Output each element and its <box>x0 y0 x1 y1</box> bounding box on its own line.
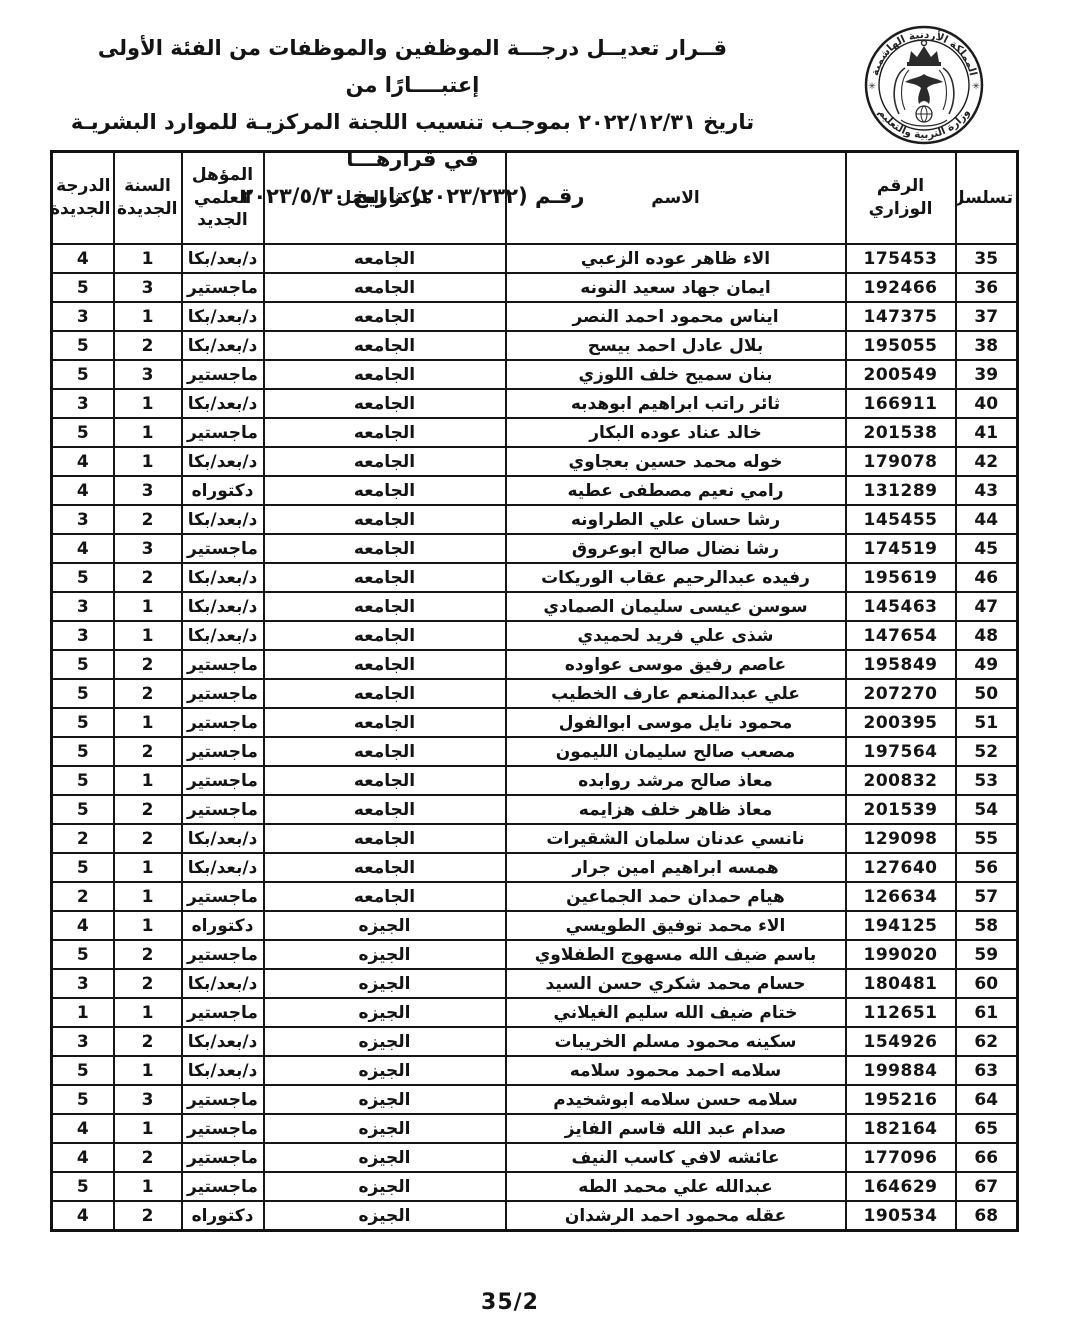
table-row: 36 192466 ايمان جهاد سعيد النونه الجامعه… <box>52 273 1018 302</box>
table-row: 60 180481 حسام محمد شكري حسن السيد الجيز… <box>52 969 1018 998</box>
cell-new-year: 2 <box>114 331 182 360</box>
cell-new-grade: 5 <box>52 940 114 969</box>
cell-new-grade: 5 <box>52 1056 114 1085</box>
cell-qualification: د/بعد/بكا <box>182 331 264 360</box>
cell-qualification: د/بعد/بكا <box>182 1027 264 1056</box>
cell-new-year: 3 <box>114 1085 182 1114</box>
cell-name: ختام ضيف الله سليم الغيلاني <box>506 998 846 1027</box>
col-header-new-qualification: المؤهل العلمي الجديد <box>182 152 264 245</box>
decision-title-line-1: قــرار تعديــل درجـــة الموظفين والموظفا… <box>55 30 770 104</box>
cell-name: باسم ضيف الله مسهوج الطفلاوي <box>506 940 846 969</box>
cell-name: معاذ ظاهر خلف هزايمه <box>506 795 846 824</box>
cell-serial: 49 <box>956 650 1018 679</box>
cell-new-grade: 5 <box>52 737 114 766</box>
cell-work-center: الجامعه <box>264 621 506 650</box>
cell-qualification: د/بعد/بكا <box>182 447 264 476</box>
svg-text:وزارة التربية والتعليم: وزارة التربية والتعليم <box>876 107 973 141</box>
cell-name: مصعب صالح سليمان الليمون <box>506 737 846 766</box>
cell-work-center: الجامعه <box>264 737 506 766</box>
cell-qualification: ماجستير <box>182 534 264 563</box>
cell-new-grade: 5 <box>52 273 114 302</box>
table-row: 41 201538 خالد عناد عوده البكار الجامعه … <box>52 418 1018 447</box>
cell-new-grade: 5 <box>52 418 114 447</box>
cell-new-year: 3 <box>114 360 182 389</box>
cell-qualification: د/بعد/بكا <box>182 389 264 418</box>
cell-work-center: الجيزه <box>264 911 506 940</box>
cell-serial: 58 <box>956 911 1018 940</box>
cell-qualification: ماجستير <box>182 795 264 824</box>
cell-new-year: 1 <box>114 389 182 418</box>
cell-qualification: دكتوراه <box>182 476 264 505</box>
cell-new-year: 1 <box>114 708 182 737</box>
cell-serial: 52 <box>956 737 1018 766</box>
cell-work-center: الجامعه <box>264 534 506 563</box>
cell-serial: 56 <box>956 853 1018 882</box>
cell-new-year: 1 <box>114 998 182 1027</box>
cell-ministry-number: 129098 <box>846 824 956 853</box>
cell-serial: 54 <box>956 795 1018 824</box>
cell-ministry-number: 207270 <box>846 679 956 708</box>
cell-name: بلال عادل احمد بيسح <box>506 331 846 360</box>
cell-new-grade: 5 <box>52 563 114 592</box>
cell-name: سلامه حسن سلامه ابوشخيدم <box>506 1085 846 1114</box>
cell-new-year: 3 <box>114 273 182 302</box>
cell-serial: 35 <box>956 244 1018 273</box>
cell-new-grade: 2 <box>52 882 114 911</box>
cell-new-year: 2 <box>114 505 182 534</box>
cell-ministry-number: 199884 <box>846 1056 956 1085</box>
cell-serial: 36 <box>956 273 1018 302</box>
cell-serial: 46 <box>956 563 1018 592</box>
coat-of-arms-icon: المملكة الأردنية الهاشمية وزارة التربية … <box>845 18 1003 152</box>
cell-new-year: 2 <box>114 940 182 969</box>
cell-work-center: الجيزه <box>264 1172 506 1201</box>
cell-ministry-number: 112651 <box>846 998 956 1027</box>
cell-serial: 67 <box>956 1172 1018 1201</box>
cell-new-grade: 5 <box>52 795 114 824</box>
cell-new-grade: 3 <box>52 592 114 621</box>
cell-name: معاذ صالح مرشد روابده <box>506 766 846 795</box>
cell-work-center: الجامعه <box>264 563 506 592</box>
cell-new-year: 1 <box>114 853 182 882</box>
cell-name: عائشه لافي كاسب النيف <box>506 1143 846 1172</box>
cell-ministry-number: 200395 <box>846 708 956 737</box>
cell-new-grade: 5 <box>52 679 114 708</box>
cell-work-center: الجامعه <box>264 882 506 911</box>
cell-ministry-number: 154926 <box>846 1027 956 1056</box>
cell-new-grade: 3 <box>52 969 114 998</box>
table-row: 55 129098 نانسي عدنان سلمان الشقيرات الج… <box>52 824 1018 853</box>
cell-serial: 38 <box>956 331 1018 360</box>
cell-work-center: الجامعه <box>264 273 506 302</box>
page-number: 35/2 <box>0 1290 1020 1315</box>
cell-serial: 47 <box>956 592 1018 621</box>
cell-ministry-number: 147375 <box>846 302 956 331</box>
cell-serial: 61 <box>956 998 1018 1027</box>
cell-serial: 63 <box>956 1056 1018 1085</box>
table-header-row: تسلسل الرقم الوزاري الاسم مركز العمل الم… <box>52 152 1018 245</box>
cell-work-center: الجامعه <box>264 476 506 505</box>
cell-new-year: 3 <box>114 534 182 563</box>
table-row: 62 154926 سكينه محمود مسلم الخريبات الجي… <box>52 1027 1018 1056</box>
cell-ministry-number: 147654 <box>846 621 956 650</box>
cell-new-grade: 5 <box>52 1172 114 1201</box>
cell-ministry-number: 195216 <box>846 1085 956 1114</box>
cell-ministry-number: 201538 <box>846 418 956 447</box>
cell-work-center: الجيزه <box>264 1143 506 1172</box>
cell-work-center: الجيزه <box>264 1056 506 1085</box>
table-row: 49 195849 عاصم رفيق موسى عواوده الجامعه … <box>52 650 1018 679</box>
cell-name: الاء ظاهر عوده الزعبي <box>506 244 846 273</box>
cell-work-center: الجامعه <box>264 853 506 882</box>
cell-new-year: 1 <box>114 1114 182 1143</box>
cell-new-year: 2 <box>114 1201 182 1231</box>
cell-new-grade: 2 <box>52 824 114 853</box>
cell-work-center: الجيزه <box>264 969 506 998</box>
cell-serial: 45 <box>956 534 1018 563</box>
table-row: 50 207270 علي عبدالمنعم عارف الخطيب الجا… <box>52 679 1018 708</box>
cell-name: هيام حمدان حمد الجماعين <box>506 882 846 911</box>
table-row: 56 127640 همسه ابراهيم امين جرار الجامعه… <box>52 853 1018 882</box>
cell-qualification: دكتوراه <box>182 911 264 940</box>
cell-qualification: ماجستير <box>182 1143 264 1172</box>
cell-new-year: 2 <box>114 679 182 708</box>
table-row: 35 175453 الاء ظاهر عوده الزعبي الجامعه … <box>52 244 1018 273</box>
cell-qualification: دكتوراه <box>182 1201 264 1231</box>
cell-qualification: ماجستير <box>182 650 264 679</box>
cell-ministry-number: 131289 <box>846 476 956 505</box>
cell-name: الاء محمد توفيق الطويسي <box>506 911 846 940</box>
cell-work-center: الجيزه <box>264 1027 506 1056</box>
cell-serial: 57 <box>956 882 1018 911</box>
cell-serial: 62 <box>956 1027 1018 1056</box>
cell-ministry-number: 145463 <box>846 592 956 621</box>
cell-name: بنان سميح خلف اللوزي <box>506 360 846 389</box>
col-header-work-center: مركز العمل <box>264 152 506 245</box>
cell-name: عبدالله علي محمد الطه <box>506 1172 846 1201</box>
cell-serial: 40 <box>956 389 1018 418</box>
cell-serial: 66 <box>956 1143 1018 1172</box>
cell-name: ايناس محمود احمد النصر <box>506 302 846 331</box>
cell-qualification: ماجستير <box>182 360 264 389</box>
cell-work-center: الجامعه <box>264 795 506 824</box>
cell-work-center: الجيزه <box>264 998 506 1027</box>
col-header-new-grade: الدرجة الجديدة <box>52 152 114 245</box>
cell-work-center: الجامعه <box>264 302 506 331</box>
cell-name: سلامه احمد محمود سلامه <box>506 1056 846 1085</box>
cell-ministry-number: 164629 <box>846 1172 956 1201</box>
cell-name: شذى علي فريد لحميدي <box>506 621 846 650</box>
cell-name: خالد عناد عوده البكار <box>506 418 846 447</box>
cell-new-year: 2 <box>114 737 182 766</box>
cell-name: سوسن عيسى سليمان الصمادي <box>506 592 846 621</box>
cell-new-year: 1 <box>114 418 182 447</box>
cell-new-year: 1 <box>114 592 182 621</box>
table-row: 61 112651 ختام ضيف الله سليم الغيلاني ال… <box>52 998 1018 1027</box>
cell-serial: 59 <box>956 940 1018 969</box>
cell-new-year: 2 <box>114 969 182 998</box>
cell-qualification: ماجستير <box>182 940 264 969</box>
table-row: 63 199884 سلامه احمد محمود سلامه الجيزه … <box>52 1056 1018 1085</box>
cell-qualification: ماجستير <box>182 1085 264 1114</box>
cell-work-center: الجامعه <box>264 244 506 273</box>
cell-new-year: 2 <box>114 1027 182 1056</box>
cell-work-center: الجامعه <box>264 418 506 447</box>
cell-qualification: د/بعد/بكا <box>182 563 264 592</box>
cell-ministry-number: 177096 <box>846 1143 956 1172</box>
cell-name: سكينه محمود مسلم الخريبات <box>506 1027 846 1056</box>
cell-work-center: الجامعه <box>264 360 506 389</box>
cell-work-center: الجامعه <box>264 389 506 418</box>
cell-new-grade: 5 <box>52 853 114 882</box>
cell-new-year: 2 <box>114 650 182 679</box>
cell-new-grade: 5 <box>52 708 114 737</box>
cell-name: عقله محمود احمد الرشدان <box>506 1201 846 1231</box>
cell-name: حسام محمد شكري حسن السيد <box>506 969 846 998</box>
cell-work-center: الجامعه <box>264 650 506 679</box>
col-header-new-year: السنة الجديدة <box>114 152 182 245</box>
cell-qualification: د/بعد/بكا <box>182 302 264 331</box>
cell-new-grade: 1 <box>52 998 114 1027</box>
table-row: 53 200832 معاذ صالح مرشد روابده الجامعه … <box>52 766 1018 795</box>
table-row: 40 166911 ثائر راتب ابراهيم ابوهدبه الجا… <box>52 389 1018 418</box>
cell-ministry-number: 195849 <box>846 650 956 679</box>
cell-qualification: د/بعد/بكا <box>182 505 264 534</box>
cell-qualification: ماجستير <box>182 1172 264 1201</box>
cell-serial: 41 <box>956 418 1018 447</box>
cell-name: عاصم رفيق موسى عواوده <box>506 650 846 679</box>
cell-new-year: 1 <box>114 1056 182 1085</box>
cell-ministry-number: 166911 <box>846 389 956 418</box>
cell-qualification: ماجستير <box>182 679 264 708</box>
table-row: 45 174519 رشا نضال صالح ابوعروق الجامعه … <box>52 534 1018 563</box>
cell-name: رامي نعيم مصطفى عطيه <box>506 476 846 505</box>
cell-new-year: 2 <box>114 563 182 592</box>
table-row: 52 197564 مصعب صالح سليمان الليمون الجام… <box>52 737 1018 766</box>
cell-new-year: 1 <box>114 1172 182 1201</box>
cell-ministry-number: 127640 <box>846 853 956 882</box>
cell-name: علي عبدالمنعم عارف الخطيب <box>506 679 846 708</box>
cell-work-center: الجيزه <box>264 1085 506 1114</box>
col-header-serial: تسلسل <box>956 152 1018 245</box>
cell-serial: 65 <box>956 1114 1018 1143</box>
cell-qualification: ماجستير <box>182 1114 264 1143</box>
cell-qualification: د/بعد/بكا <box>182 853 264 882</box>
seal-bottom-text: وزارة التربية والتعليم <box>876 107 973 141</box>
table-row: 46 195619 رفيده عبدالرحيم عقاب الوريكات … <box>52 563 1018 592</box>
cell-serial: 50 <box>956 679 1018 708</box>
table-row: 39 200549 بنان سميح خلف اللوزي الجامعه م… <box>52 360 1018 389</box>
cell-ministry-number: 199020 <box>846 940 956 969</box>
table-row: 57 126634 هيام حمدان حمد الجماعين الجامع… <box>52 882 1018 911</box>
cell-work-center: الجامعه <box>264 505 506 534</box>
cell-work-center: الجيزه <box>264 1201 506 1231</box>
cell-ministry-number: 175453 <box>846 244 956 273</box>
cell-new-year: 1 <box>114 882 182 911</box>
cell-new-grade: 4 <box>52 1143 114 1172</box>
table-row: 37 147375 ايناس محمود احمد النصر الجامعه… <box>52 302 1018 331</box>
table-row: 65 182164 صدام عبد الله قاسم الفايز الجي… <box>52 1114 1018 1143</box>
cell-qualification: ماجستير <box>182 998 264 1027</box>
cell-name: نانسي عدنان سلمان الشقيرات <box>506 824 846 853</box>
cell-new-grade: 5 <box>52 766 114 795</box>
cell-name: رفيده عبدالرحيم عقاب الوريكات <box>506 563 846 592</box>
cell-serial: 64 <box>956 1085 1018 1114</box>
cell-new-grade: 3 <box>52 302 114 331</box>
cell-serial: 53 <box>956 766 1018 795</box>
cell-new-grade: 4 <box>52 1114 114 1143</box>
cell-qualification: ماجستير <box>182 708 264 737</box>
cell-new-grade: 3 <box>52 505 114 534</box>
cell-qualification: ماجستير <box>182 737 264 766</box>
cell-work-center: الجيزه <box>264 1114 506 1143</box>
cell-new-year: 2 <box>114 1143 182 1172</box>
cell-ministry-number: 197564 <box>846 737 956 766</box>
cell-serial: 43 <box>956 476 1018 505</box>
cell-serial: 37 <box>956 302 1018 331</box>
scanned-decision-document: قــرار تعديــل درجـــة الموظفين والموظفا… <box>0 0 1080 1342</box>
table-row: 43 131289 رامي نعيم مصطفى عطيه الجامعه د… <box>52 476 1018 505</box>
table-row: 44 145455 رشا حسان علي الطراونه الجامعه … <box>52 505 1018 534</box>
cell-name: محمود نايل موسى ابوالفول <box>506 708 846 737</box>
cell-qualification: ماجستير <box>182 418 264 447</box>
cell-work-center: الجامعه <box>264 766 506 795</box>
cell-new-grade: 5 <box>52 331 114 360</box>
cell-ministry-number: 179078 <box>846 447 956 476</box>
cell-ministry-number: 195055 <box>846 331 956 360</box>
table-row: 59 199020 باسم ضيف الله مسهوج الطفلاوي ا… <box>52 940 1018 969</box>
cell-ministry-number: 182164 <box>846 1114 956 1143</box>
cell-ministry-number: 190534 <box>846 1201 956 1231</box>
seal-star-left: ✳ <box>868 82 876 92</box>
cell-qualification: د/بعد/بكا <box>182 969 264 998</box>
cell-name: خوله محمد حسين بعجاوي <box>506 447 846 476</box>
cell-name: رشا حسان علي الطراونه <box>506 505 846 534</box>
cell-ministry-number: 200832 <box>846 766 956 795</box>
cell-serial: 42 <box>956 447 1018 476</box>
cell-qualification: د/بعد/بكا <box>182 1056 264 1085</box>
table-row: 38 195055 بلال عادل احمد بيسح الجامعه د/… <box>52 331 1018 360</box>
cell-serial: 39 <box>956 360 1018 389</box>
cell-qualification: د/بعد/بكا <box>182 592 264 621</box>
cell-ministry-number: 201539 <box>846 795 956 824</box>
table-row: 67 164629 عبدالله علي محمد الطه الجيزه م… <box>52 1172 1018 1201</box>
cell-work-center: الجامعه <box>264 824 506 853</box>
table-row: 48 147654 شذى علي فريد لحميدي الجامعه د/… <box>52 621 1018 650</box>
cell-new-grade: 5 <box>52 360 114 389</box>
table-row: 68 190534 عقله محمود احمد الرشدان الجيزه… <box>52 1201 1018 1231</box>
cell-ministry-number: 126634 <box>846 882 956 911</box>
cell-ministry-number: 194125 <box>846 911 956 940</box>
cell-new-grade: 4 <box>52 244 114 273</box>
cell-new-year: 3 <box>114 476 182 505</box>
cell-qualification: د/بعد/بكا <box>182 824 264 853</box>
records-table-body: 35 175453 الاء ظاهر عوده الزعبي الجامعه … <box>52 244 1018 1231</box>
cell-work-center: الجامعه <box>264 679 506 708</box>
cell-new-grade: 4 <box>52 911 114 940</box>
table-row: 51 200395 محمود نايل موسى ابوالفول الجام… <box>52 708 1018 737</box>
col-header-name: الاسم <box>506 152 846 245</box>
cell-qualification: ماجستير <box>182 273 264 302</box>
cell-qualification: د/بعد/بكا <box>182 621 264 650</box>
cell-serial: 60 <box>956 969 1018 998</box>
col-header-ministry-number: الرقم الوزاري <box>846 152 956 245</box>
table-row: 54 201539 معاذ ظاهر خلف هزايمه الجامعه م… <box>52 795 1018 824</box>
cell-name: صدام عبد الله قاسم الفايز <box>506 1114 846 1143</box>
cell-name: رشا نضال صالح ابوعروق <box>506 534 846 563</box>
cell-ministry-number: 192466 <box>846 273 956 302</box>
employee-grade-table: تسلسل الرقم الوزاري الاسم مركز العمل الم… <box>50 150 1019 1232</box>
table-row: 42 179078 خوله محمد حسين بعجاوي الجامعه … <box>52 447 1018 476</box>
cell-new-grade: 3 <box>52 621 114 650</box>
cell-work-center: الجامعه <box>264 592 506 621</box>
cell-new-year: 1 <box>114 302 182 331</box>
cell-new-year: 1 <box>114 766 182 795</box>
cell-new-grade: 3 <box>52 1027 114 1056</box>
cell-qualification: ماجستير <box>182 882 264 911</box>
cell-new-year: 1 <box>114 621 182 650</box>
cell-new-grade: 4 <box>52 447 114 476</box>
cell-work-center: الجامعه <box>264 447 506 476</box>
cell-new-grade: 4 <box>52 476 114 505</box>
cell-new-year: 2 <box>114 824 182 853</box>
cell-new-grade: 3 <box>52 389 114 418</box>
cell-ministry-number: 180481 <box>846 969 956 998</box>
cell-work-center: الجامعه <box>264 331 506 360</box>
seal-star-right: ✳ <box>972 82 980 92</box>
table-row: 66 177096 عائشه لافي كاسب النيف الجيزه م… <box>52 1143 1018 1172</box>
cell-new-grade: 4 <box>52 1201 114 1231</box>
cell-ministry-number: 195619 <box>846 563 956 592</box>
cell-ministry-number: 200549 <box>846 360 956 389</box>
table-row: 58 194125 الاء محمد توفيق الطويسي الجيزه… <box>52 911 1018 940</box>
cell-ministry-number: 174519 <box>846 534 956 563</box>
cell-work-center: الجيزه <box>264 940 506 969</box>
cell-name: همسه ابراهيم امين جرار <box>506 853 846 882</box>
cell-serial: 48 <box>956 621 1018 650</box>
cell-serial: 51 <box>956 708 1018 737</box>
cell-qualification: د/بعد/بكا <box>182 244 264 273</box>
cell-new-year: 1 <box>114 244 182 273</box>
cell-qualification: ماجستير <box>182 766 264 795</box>
cell-new-grade: 4 <box>52 534 114 563</box>
cell-new-year: 1 <box>114 447 182 476</box>
cell-new-grade: 5 <box>52 650 114 679</box>
cell-new-year: 1 <box>114 911 182 940</box>
cell-serial: 55 <box>956 824 1018 853</box>
table-row: 64 195216 سلامه حسن سلامه ابوشخيدم الجيز… <box>52 1085 1018 1114</box>
cell-serial: 44 <box>956 505 1018 534</box>
cell-name: ثائر راتب ابراهيم ابوهدبه <box>506 389 846 418</box>
cell-ministry-number: 145455 <box>846 505 956 534</box>
cell-work-center: الجامعه <box>264 708 506 737</box>
cell-serial: 68 <box>956 1201 1018 1231</box>
table-row: 47 145463 سوسن عيسى سليمان الصمادي الجام… <box>52 592 1018 621</box>
cell-name: ايمان جهاد سعيد النونه <box>506 273 846 302</box>
ministry-of-education-seal: المملكة الأردنية الهاشمية وزارة التربية … <box>845 18 1003 152</box>
cell-new-year: 2 <box>114 795 182 824</box>
cell-new-grade: 5 <box>52 1085 114 1114</box>
